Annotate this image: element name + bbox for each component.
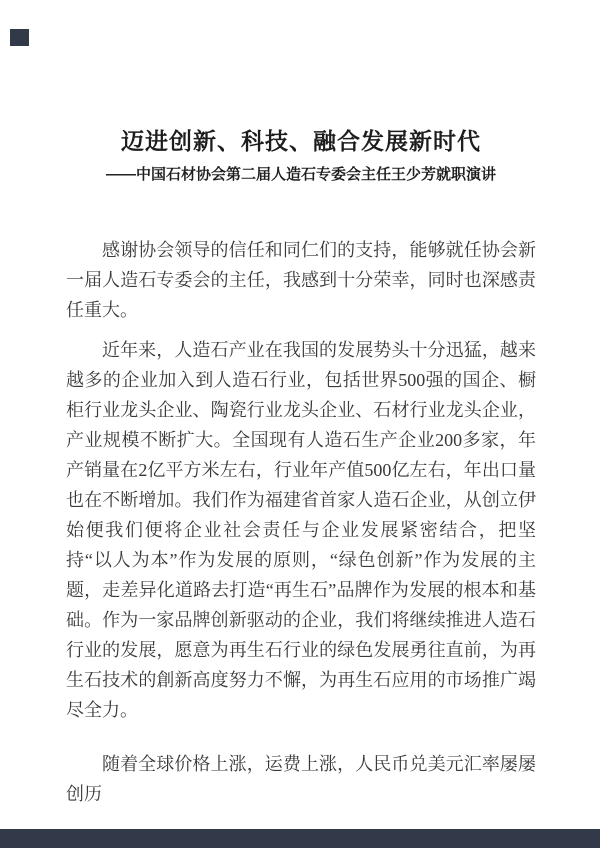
paragraph-thanks: 感谢协会领导的信任和同仁们的支持，能够就任协会新一届人造石专委会的主任，我感到十… bbox=[66, 235, 536, 325]
document-title: 迈进创新、科技、融合发展新时代 bbox=[66, 126, 536, 156]
document-body: 感谢协会领导的信任和同仁们的支持，能够就任协会新一届人造石专委会的主任，我感到十… bbox=[66, 235, 536, 809]
paragraph-industry-overview: 近年来，人造石产业在我国的发展势头十分迅猛，越来越多的企业加入到人造石行业，包括… bbox=[66, 335, 536, 725]
document-viewer: 迈进创新、科技、融合发展新时代 ——中国石材协会第二届人造石专委会主任王少芳就职… bbox=[0, 0, 600, 848]
paragraph-market-trends: 随着全球价格上涨，运费上涨，人民币兑美元汇率屡屡创历 bbox=[66, 749, 536, 809]
document-page: 迈进创新、科技、融合发展新时代 ——中国石材协会第二届人造石专委会主任王少芳就职… bbox=[0, 0, 600, 809]
viewer-bottom-bar[interactable] bbox=[0, 829, 600, 848]
document-subtitle: ——中国石材协会第二届人造石专委会主任王少芳就职演讲 bbox=[66, 165, 536, 185]
